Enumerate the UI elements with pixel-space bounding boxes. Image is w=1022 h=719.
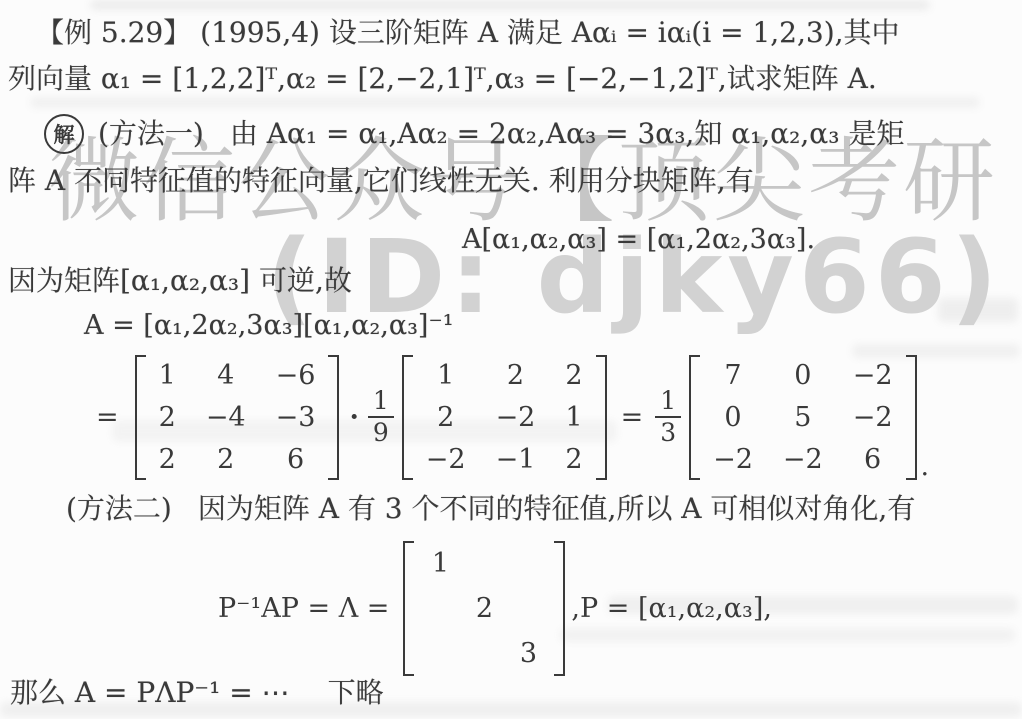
- method1-line-1: 由 Aα₁ = α₁,Aα₂ = 2α₂,Aα₃ = 3α₃,知 α₁,α₂,α…: [230, 117, 904, 151]
- matrix-cell: 2: [159, 404, 176, 431]
- matrix-cell: 4: [217, 362, 234, 389]
- right-bracket: [596, 355, 607, 480]
- matrix-cell: 6: [864, 446, 881, 473]
- matrix-cell: −2: [426, 446, 466, 473]
- method2-line-1: 因为矩阵 A 有 3 个不同的特征值,所以 A 可相似对角化,有: [198, 492, 915, 526]
- matrix-cell: −2: [853, 404, 893, 431]
- matrix-cell: 6: [287, 446, 304, 473]
- matrix-cells: 1 2 3: [414, 541, 554, 676]
- final-line-row: 那么 A = PΛP⁻¹ = ⋯ 下略: [10, 676, 384, 710]
- fraction-one-ninth: 1 9: [368, 388, 394, 447]
- matrix-cell: 2: [565, 446, 582, 473]
- matrix-factor-1: 1 4 −6 2 −4 −3 2 2 6: [135, 355, 340, 480]
- right-bracket: [906, 355, 917, 480]
- matrix-cell: 2: [159, 446, 176, 473]
- matrix-cell: 0: [724, 404, 741, 431]
- right-bracket: [328, 355, 339, 480]
- method2-label: (方法二): [66, 492, 172, 526]
- matrix-cell: 2: [565, 362, 582, 389]
- left-bracket: [402, 355, 413, 480]
- method1-line-2: 阵 A 不同特征值的特征向量,它们线性无关. 利用分块矩阵,有: [8, 164, 754, 198]
- final-equation: 那么 A = PΛP⁻¹ = ⋯: [10, 676, 290, 710]
- method2-heading-row: (方法二) 因为矩阵 A 有 3 个不同的特征值,所以 A 可相似对角化,有: [66, 492, 915, 526]
- matrix-cell: −4: [206, 404, 246, 431]
- left-bracket: [403, 541, 414, 676]
- matrix-cell: −2: [713, 446, 753, 473]
- method1-equation-1: A[α₁,α₂,α₃] = [α₁,2α₂,3α₃].: [462, 224, 815, 256]
- matrix-cell: −3: [276, 404, 316, 431]
- matrix-cell: 5: [794, 404, 811, 431]
- fraction-denominator: 9: [373, 418, 389, 446]
- matrix-cells: 1 2 2 2 −2 1 −2 −1 2: [413, 355, 596, 480]
- textbook-page: 微信公众号【顶尖考研 (ID: djky66) 【例 5.29】 (1995,4…: [0, 0, 1022, 719]
- left-bracket: [689, 355, 700, 480]
- equals-sign: =: [96, 402, 119, 433]
- matrix-cell: −1: [496, 446, 536, 473]
- method1-equation-2: A = [α₁,2α₂,3α₃][α₁,α₂,α₃]⁻¹: [84, 310, 454, 342]
- matrix-cell: −2: [496, 404, 536, 431]
- method1-line-3: 因为矩阵[α₁,α₂,α₃] 可逆,故: [8, 264, 352, 298]
- problem-line-1: 【例 5.29】 (1995,4) 设三阶矩阵 A 满足 Aαᵢ = iαᵢ(i…: [36, 16, 900, 50]
- problem-line-2: 列向量 α₁ = [1,2,2]ᵀ,α₂ = [2,−2,1]ᵀ,α₃ = [−…: [8, 62, 877, 96]
- matrix-result: 7 0 −2 0 5 −2 −2 −2 6: [689, 355, 916, 480]
- method2-equation-right: ,P = [α₁,α₂,α₃],: [571, 593, 772, 624]
- matrix-cell: 7: [724, 362, 741, 389]
- right-bracket: [554, 541, 565, 676]
- fraction-numerator: 1: [368, 388, 394, 418]
- method1-label: (方法一): [98, 117, 204, 151]
- matrix-cells: 7 0 −2 0 5 −2 −2 −2 6: [700, 355, 905, 480]
- matrix-cell: 0: [794, 362, 811, 389]
- solution-jie-badge: 解: [44, 114, 84, 154]
- matrix-cell: 1: [426, 550, 454, 577]
- matrix-cell: 3: [514, 640, 542, 667]
- fraction-denominator: 3: [660, 418, 676, 446]
- solution-heading-row: 解 (方法一) 由 Aα₁ = α₁,Aα₂ = 2α₂,Aα₃ = 3α₃,知…: [44, 114, 904, 154]
- multiplication-dot: ·: [349, 402, 358, 433]
- method2-equation-left: P⁻¹AP = Λ =: [218, 593, 389, 624]
- left-bracket: [135, 355, 146, 480]
- matrix-cell: 1: [437, 362, 454, 389]
- period: .: [921, 451, 930, 482]
- matrix-cell: 2: [507, 362, 524, 389]
- final-note: 下略: [328, 676, 384, 710]
- equals-sign: =: [621, 402, 644, 433]
- matrix-cell: −6: [276, 362, 316, 389]
- matrix-cell: 2: [437, 404, 454, 431]
- matrix-cell: 2: [217, 446, 234, 473]
- matrix-cell: −2: [853, 362, 893, 389]
- bleed-through-artifact: [90, 0, 930, 10]
- fraction-one-third: 1 3: [655, 388, 681, 447]
- matrix-lambda-diagonal: 1 2 3: [403, 541, 565, 676]
- diagonalization-row: P⁻¹AP = Λ = 1 2 3 ,P = [α₁,α₂,α₃],: [218, 545, 772, 671]
- matrix-cell: 2: [470, 595, 498, 622]
- bleed-through-artifact: [30, 97, 980, 108]
- matrix-cell: −2: [783, 446, 823, 473]
- matrix-cells: 1 4 −6 2 −4 −3 2 2 6: [146, 355, 329, 480]
- matrix-cell: 1: [565, 404, 582, 431]
- matrix-computation-row: = 1 4 −6 2 −4 −3 2 2 6 · 1 9 1: [96, 352, 929, 482]
- matrix-factor-2: 1 2 2 2 −2 1 −2 −1 2: [402, 355, 607, 480]
- matrix-cell: 1: [159, 362, 176, 389]
- fraction-numerator: 1: [655, 388, 681, 418]
